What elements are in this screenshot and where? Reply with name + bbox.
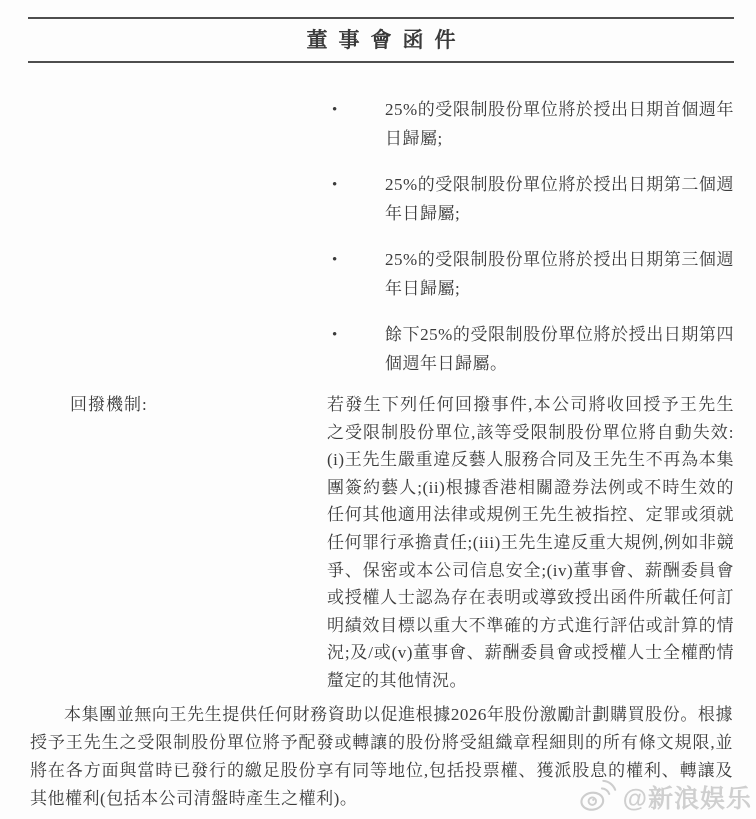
page-title: 董事會函件 [28,24,734,54]
list-item: • 25%的受限制股份單位將於授出日期第二個週年日歸屬; [332,171,734,228]
closing-paragraph: 本集團並無向王先生提供任何財務資助以促進根據2026年股份激勵計劃購買股份。根據… [30,701,733,813]
list-item: • 25%的受限制股份單位將於授出日期首個週年日歸屬; [332,96,734,153]
clawback-label: 回撥機制: [70,391,327,695]
vesting-item-text: 25%的受限制股份單位將於授出日期首個週年日歸屬; [385,96,734,153]
vesting-item-text: 餘下25%的受限制股份單位將於授出日期第四個週年日歸屬。 [385,321,734,378]
document-title-box: 董事會函件 [28,17,734,63]
document-page: 董事會函件 • 25%的受限制股份單位將於授出日期首個週年日歸屬; • 25%的… [0,0,756,819]
clawback-mechanism-section: 回撥機制: 若發生下列任何回撥事件,本公司將收回授予王先生之受限制股份單位,該等… [70,391,734,695]
clawback-body-text: 若發生下列任何回撥事件,本公司將收回授予王先生之受限制股份單位,該等受限制股份單… [327,391,734,695]
vesting-item-text: 25%的受限制股份單位將於授出日期第三個週年日歸屬; [385,246,734,303]
list-item: • 餘下25%的受限制股份單位將於授出日期第四個週年日歸屬。 [332,321,734,378]
vesting-schedule-list: • 25%的受限制股份單位將於授出日期首個週年日歸屬; • 25%的受限制股份單… [332,96,734,396]
list-item: • 25%的受限制股份單位將於授出日期第三個週年日歸屬; [332,246,734,303]
bullet-icon: • [332,246,385,303]
vesting-item-text: 25%的受限制股份單位將於授出日期第二個週年日歸屬; [385,171,734,228]
bullet-icon: • [332,171,385,228]
bullet-icon: • [332,96,385,153]
bullet-icon: • [332,321,385,378]
